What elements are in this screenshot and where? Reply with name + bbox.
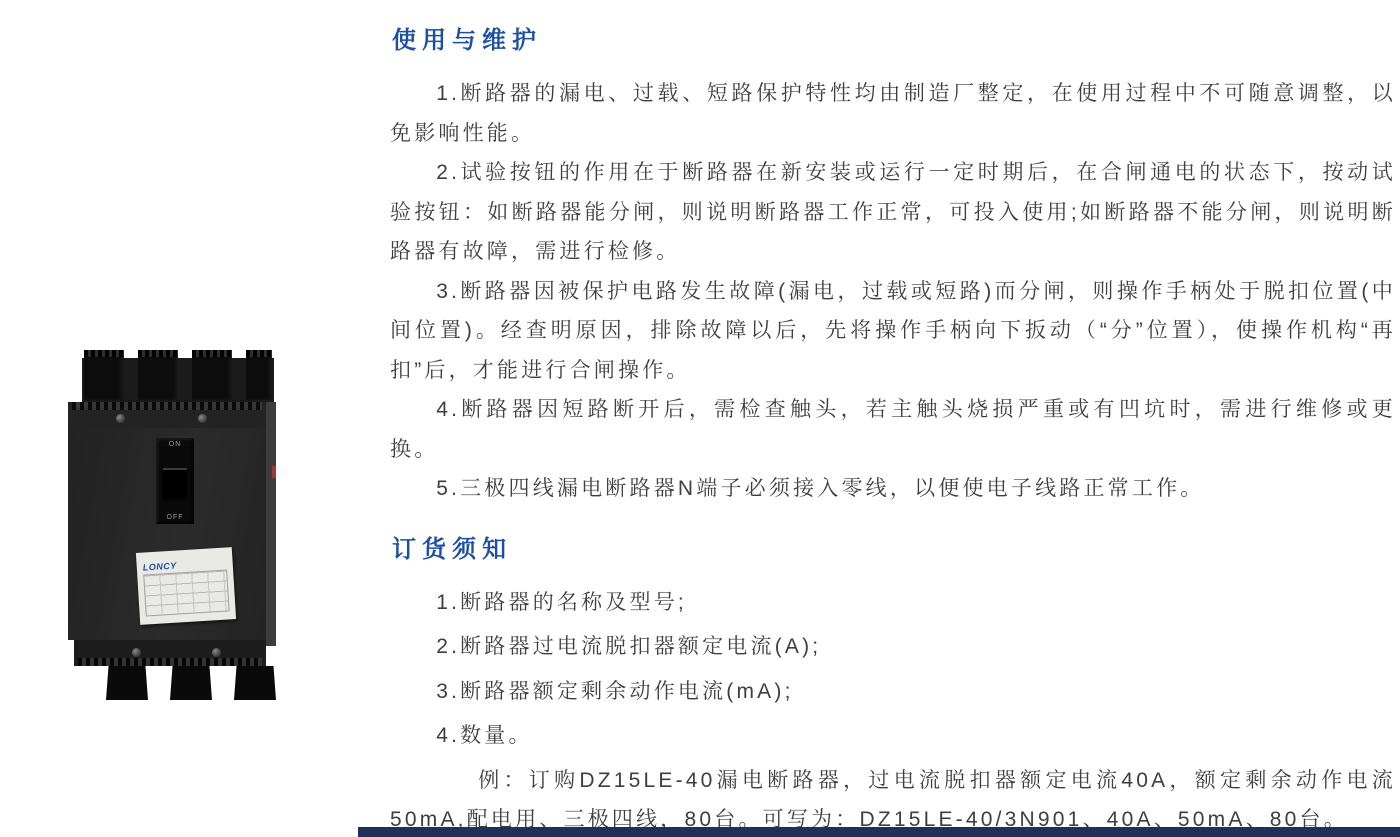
breaker-bottom-band (74, 640, 266, 666)
use-maintenance-item-5: 5.三极四线漏电断路器N端子必须接入零线，以便使电子线路正常工作。 (390, 469, 1396, 509)
breaker-side-mark (272, 466, 276, 478)
spec-label: LONCY (136, 547, 236, 625)
spec-table-texture (143, 569, 229, 616)
breaker-terminal-fin (234, 666, 276, 700)
section-use-maintenance: 使用与维护 1.断路器的漏电、过载、短路保护特性均由制造厂整定，在使用过程中不可… (390, 26, 1396, 509)
serration-texture (138, 350, 178, 357)
breaker-front-face: ON OFF LONCY (68, 428, 266, 640)
section-heading-use-maintenance: 使用与维护 (392, 26, 1396, 56)
use-maintenance-item-2: 2.试验按钮的作用在于断路器在新安装或运行一定时期后，在合闸通电的状态下，按动试… (390, 153, 1396, 272)
ordering-item-1: 1.断路器的名称及型号; (390, 583, 1396, 623)
screw-icon (116, 414, 125, 423)
breaker-toggle: ON OFF (156, 438, 194, 524)
brand-text: LONCY (142, 561, 177, 573)
use-maintenance-item-4: 4.断路器因短路断开后，需检查触头，若主触头烧损严重或有凹坑时，需进行维修或更换… (390, 390, 1396, 469)
serration-texture (72, 402, 262, 410)
ordering-item-4: 4.数量。 (390, 716, 1396, 756)
serration-texture (246, 350, 272, 357)
serration-texture (78, 658, 262, 666)
section-ordering-info: 订货须知 1.断路器的名称及型号; 2.断路器过电流脱扣器额定电流(A); 3.… (390, 535, 1396, 837)
section-heading-ordering-info: 订货须知 (392, 535, 1396, 565)
ordering-item-3: 3.断路器额定剩余动作电流(mA); (390, 672, 1396, 712)
screw-icon (198, 414, 207, 423)
screw-icon (212, 648, 221, 657)
ordering-example: 例：订购DZ15LE-40漏电断路器，过电流脱扣器额定电流40A，额定剩余动作电… (390, 761, 1396, 837)
product-photo: ON OFF LONCY (60, 338, 280, 702)
catalog-page: ON OFF LONCY 使用与维护 1.断路器的漏电、过载、短路保护特性均由制… (0, 0, 1400, 837)
breaker-terminal-fin (106, 666, 148, 700)
breaker-side-edge (266, 402, 276, 646)
ordering-item-2: 2.断路器过电流脱扣器额定电流(A); (390, 627, 1396, 667)
toggle-handle-icon (163, 468, 187, 498)
breaker-terminal-block (246, 350, 272, 400)
toggle-on-label: ON (156, 441, 194, 448)
breaker-terminal-block (192, 350, 232, 400)
breaker-terminal-fin (170, 666, 212, 700)
breaker-terminal-block (84, 350, 124, 400)
use-maintenance-item-3: 3.断路器因被保护电路发生故障(漏电，过载或短路)而分闸，则操作手柄处于脱扣位置… (390, 272, 1396, 391)
text-column: 使用与维护 1.断路器的漏电、过载、短路保护特性均由制造厂整定，在使用过程中不可… (390, 26, 1396, 837)
screw-icon (132, 648, 141, 657)
serration-texture (84, 350, 124, 357)
breaker-terminal-block (138, 350, 178, 400)
serration-texture (192, 350, 232, 357)
breaker-top-band (68, 402, 266, 428)
toggle-off-label: OFF (156, 514, 194, 521)
footer-accent-bar (358, 827, 1400, 837)
use-maintenance-item-1: 1.断路器的漏电、过载、短路保护特性均由制造厂整定，在使用过程中不可随意调整，以… (390, 74, 1396, 153)
